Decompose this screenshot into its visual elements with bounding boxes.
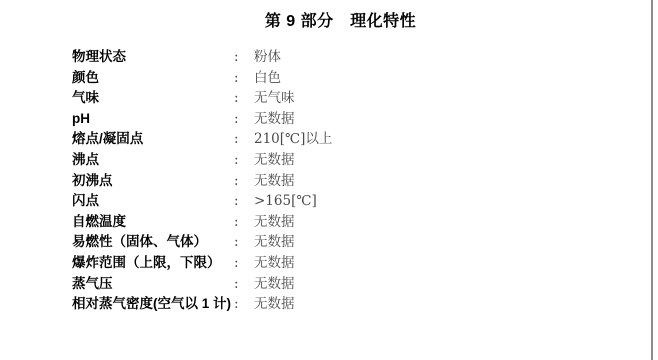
- property-row: 易燃性（固体、气体）:无数据: [72, 232, 612, 253]
- property-row: pH:无数据: [72, 109, 612, 130]
- property-label: 自燃温度: [72, 212, 234, 233]
- colon-separator: :: [234, 232, 247, 253]
- property-value: 210[℃]以上: [247, 129, 332, 150]
- property-label: 颜色: [72, 68, 234, 89]
- colon-separator: :: [234, 191, 247, 212]
- properties-list: 物理状态:粉体颜色:白色气味:无气味pH:无数据熔点/凝固点:210[℃]以上沸…: [72, 47, 612, 315]
- property-row: 气味:无气味: [72, 88, 612, 109]
- property-value: 无数据: [247, 294, 295, 315]
- colon-separator: :: [234, 253, 247, 274]
- colon-separator: :: [234, 294, 247, 315]
- property-label: 气味: [72, 88, 234, 109]
- colon-separator: :: [234, 47, 247, 68]
- colon-separator: :: [234, 274, 247, 295]
- property-label: 闪点: [72, 191, 234, 212]
- colon-separator: :: [234, 109, 247, 130]
- property-label: 爆炸范围（上限，下限）: [72, 253, 234, 274]
- property-row: 熔点/凝固点:210[℃]以上: [72, 129, 612, 150]
- colon-separator: :: [234, 68, 247, 89]
- property-value: 无数据: [247, 253, 295, 274]
- property-row: 初沸点:无数据: [72, 171, 612, 192]
- property-value: 无数据: [247, 212, 295, 233]
- property-value: 无数据: [247, 232, 295, 253]
- property-row: 沸点:无数据: [72, 150, 612, 171]
- document-page: 第 9 部分 理化特性 物理状态:粉体颜色:白色气味:无气味pH:无数据熔点/凝…: [0, 0, 658, 360]
- property-label: 熔点/凝固点: [72, 129, 234, 150]
- property-row: 物理状态:粉体: [72, 47, 612, 68]
- property-value: 粉体: [247, 47, 281, 68]
- property-label: pH: [72, 109, 234, 130]
- colon-separator: :: [234, 212, 247, 233]
- property-value: 无数据: [247, 171, 295, 192]
- property-value: >165[℃]: [247, 191, 317, 212]
- colon-separator: :: [234, 171, 247, 192]
- property-row: 自燃温度:无数据: [72, 212, 612, 233]
- property-label: 蒸气压: [72, 274, 234, 295]
- property-label: 易燃性（固体、气体）: [72, 232, 234, 253]
- colon-separator: :: [234, 150, 247, 171]
- property-value: 无气味: [247, 88, 295, 109]
- colon-separator: :: [234, 129, 247, 150]
- property-value: 无数据: [247, 274, 295, 295]
- colon-separator: :: [234, 88, 247, 109]
- property-label: 物理状态: [72, 47, 234, 68]
- property-label: 沸点: [72, 150, 234, 171]
- property-value: 无数据: [247, 150, 295, 171]
- property-label: 相对蒸气密度(空气以 1 计): [72, 294, 234, 315]
- property-row: 爆炸范围（上限，下限）:无数据: [72, 253, 612, 274]
- property-row: 蒸气压:无数据: [72, 274, 612, 295]
- property-row: 相对蒸气密度(空气以 1 计):无数据: [72, 294, 612, 315]
- section-title: 第 9 部分 理化特性: [0, 8, 651, 31]
- property-label: 初沸点: [72, 171, 234, 192]
- property-row: 颜色:白色: [72, 68, 612, 89]
- property-value: 白色: [247, 68, 281, 89]
- page-right-edge: [651, 0, 653, 360]
- property-row: 闪点:>165[℃]: [72, 191, 612, 212]
- property-value: 无数据: [247, 109, 295, 130]
